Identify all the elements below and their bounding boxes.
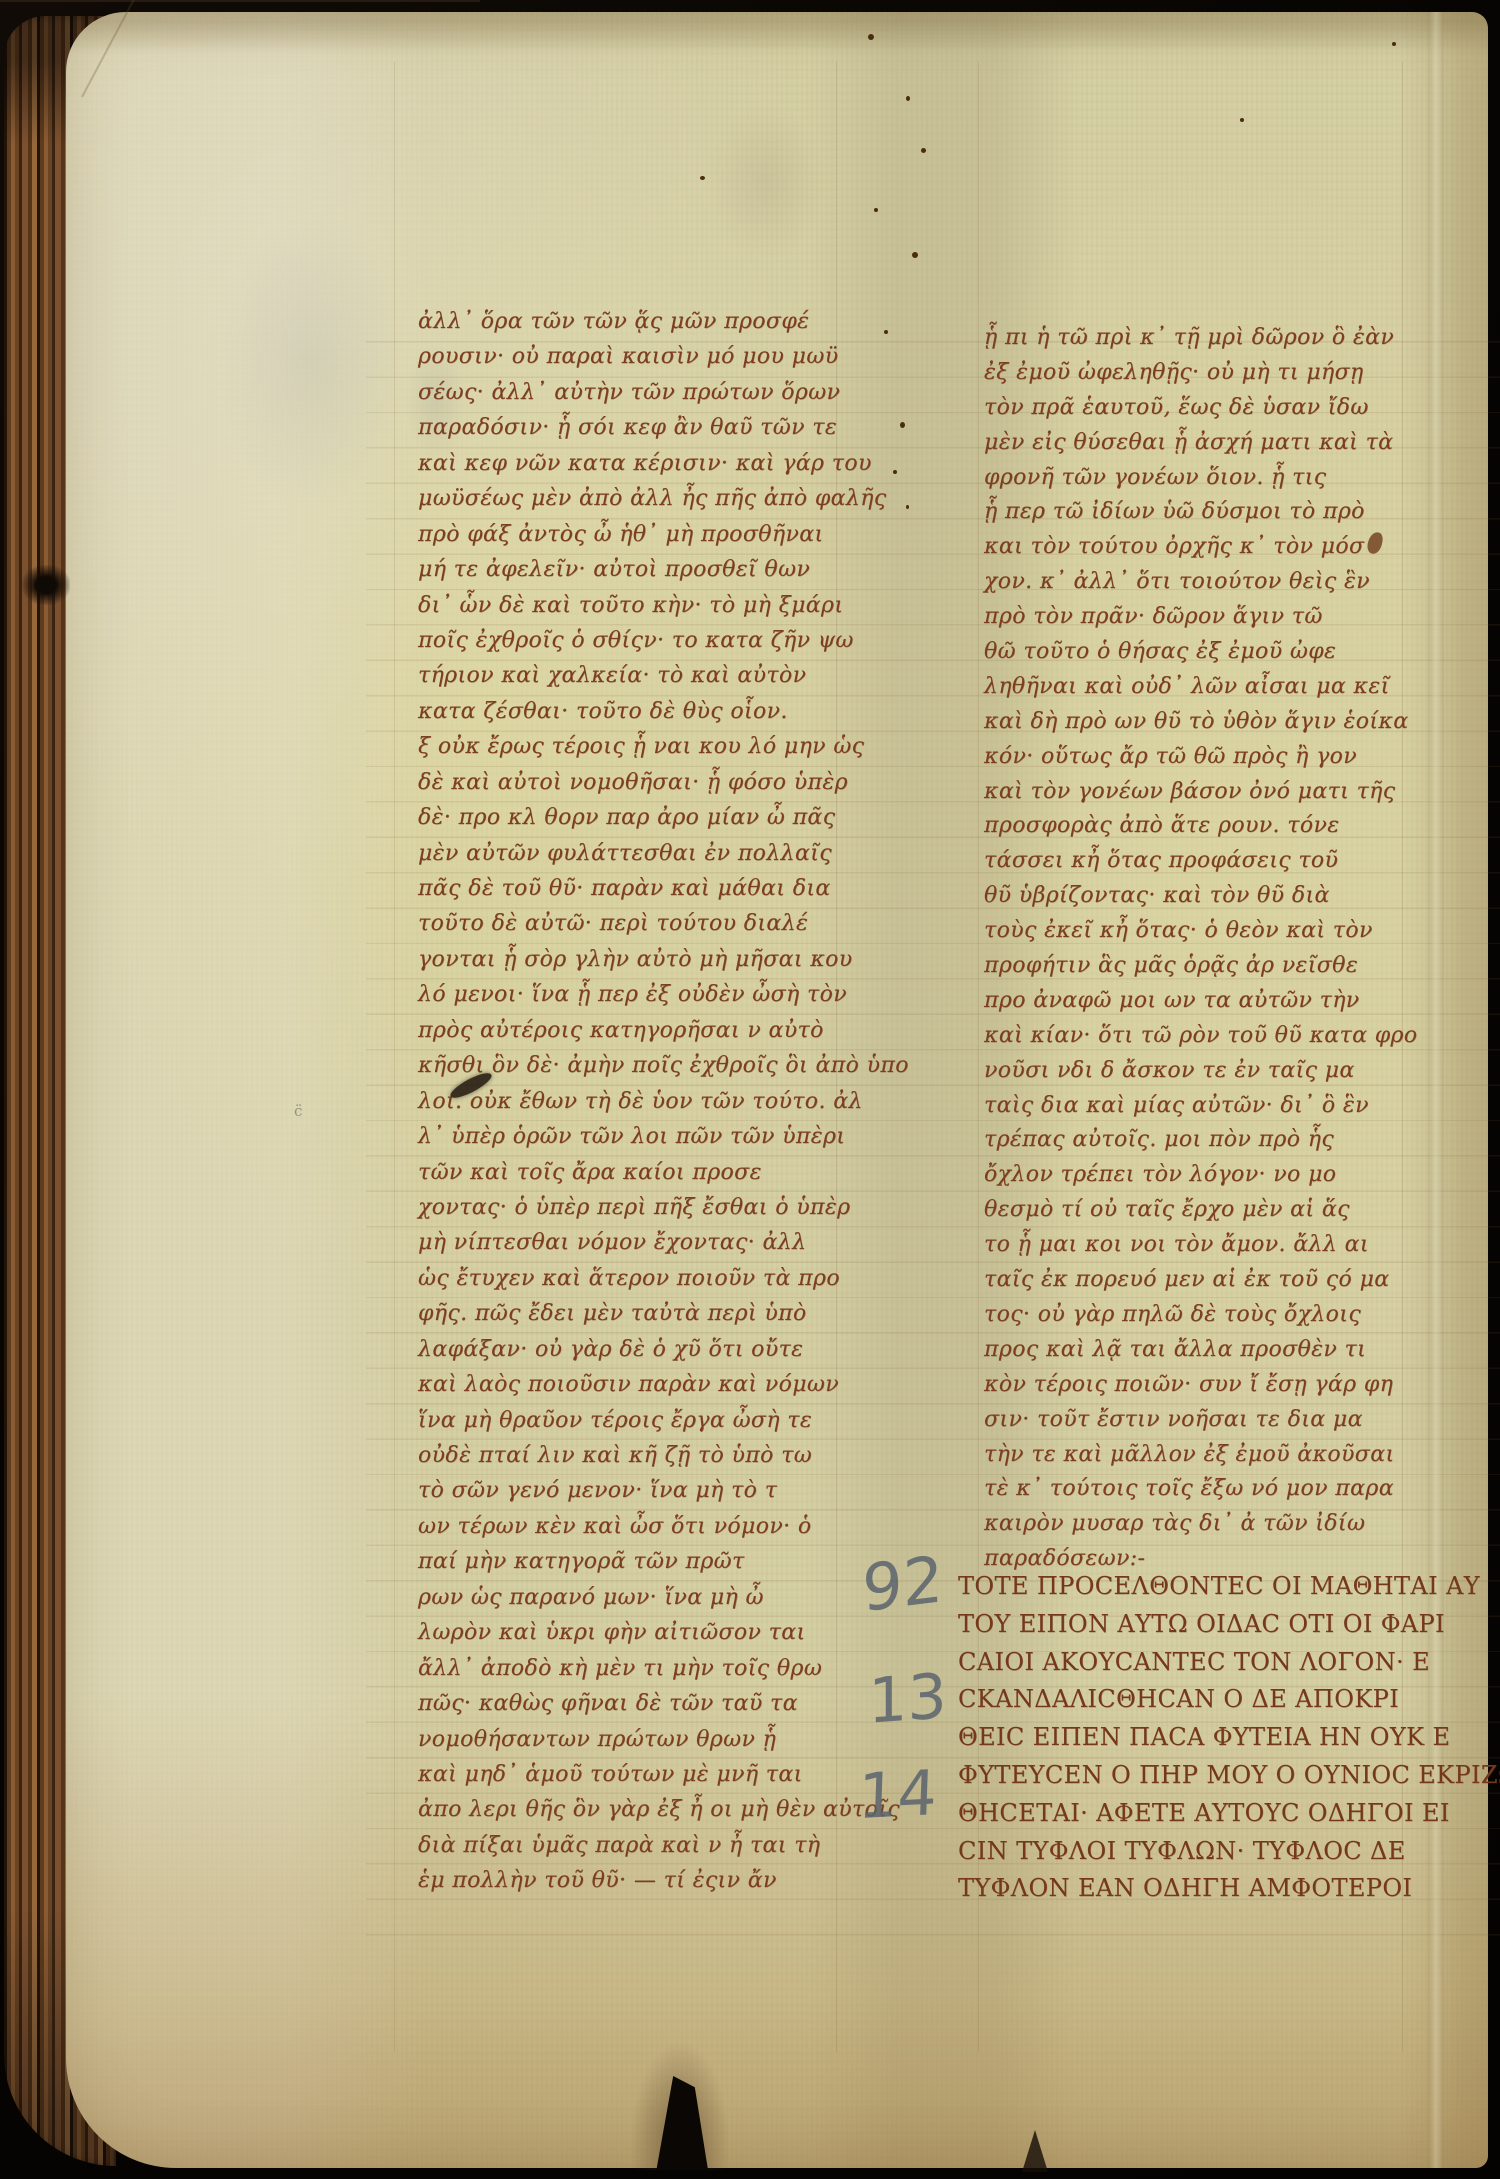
text-line: ἑμ πολλὴν τοῦ θῦ· — τί ἐςιν ἄν [418,1868,836,1903]
ink-speck [874,208,878,212]
margin-mark: ϲ̈ [294,1102,302,1120]
text-line: σέως· ἀλλ᾽ αὐτὴν τῶν πρώτων ὅρων [418,380,836,415]
text-line: καὶ λαὸς ποιοῦσιν παρὰν καὶ νόμων [418,1372,836,1407]
text-line: ἀπο λερι θῆς ὃν γὰρ ἐξ ἦ οι μὴ θὲν αὐτοῖ… [418,1797,836,1832]
ruling-line-right-margin [1402,62,1403,2052]
text-line: πᾶς δὲ τοῦ θῦ· παρὰν καὶ μάθαι δια [418,876,836,911]
spine-ink-smudge [22,565,70,605]
text-line: κόν· οὕτως ἄρ τῶ θῶ πρὸς ἢ γον [984,744,1388,779]
ink-speck [884,330,888,334]
text-line: πρὸς αὐτέροις κατηγορῆσαι ν αὐτὸ [418,1018,836,1053]
text-line: ΤΟΥ ΕΙΠΟΝ ΑΥΤΩ ΟΙΔΑϹ ΟΤΙ ΟΙ ΦΑΡΙ [958,1610,1398,1648]
ink-speck [1392,42,1396,46]
text-line: λοι. οὐκ ἔθων τὴ δὲ ὑον τῶν τούτο. ἀλ [418,1089,836,1124]
text-line: ἵνα μὴ θραῦον τέροις ἔργα ὦσὴ τε [418,1408,836,1443]
text-line: τὴν τε καὶ μᾶλλον ἐξ ἐμοῦ ἀκοῦσαι [984,1442,1388,1477]
text-line: τῶν καὶ τοῖς ἄρα καίοι προσε [418,1160,836,1195]
text-line: ΤΥΦΛΟΝ ΕΑΝ ΟΔΗΓΗ ΑΜΦΟΤΕΡΟΙ [958,1874,1398,1912]
text-line: τάσσει κἦ ὅτας προφάσεις τοῦ [984,848,1388,883]
text-line: λωρὸν καὶ ὑκρι φὴν αἰτιῶσον ται [418,1620,836,1655]
manuscript-photograph: ἀλλ᾽ ὅρα τῶν τῶν ᾅς μῶν προσφέρουσιν· οὐ… [0,0,1500,2179]
text-line: το ᾗ μαι κοι νοι τὸν ἄμον. ἄλλ αι [984,1232,1388,1267]
text-line: καὶ τὸν γονέων βάσον ὀνό ματι τῆς [984,779,1388,814]
left-text-column: ἀλλ᾽ ὅρα τῶν τῶν ᾅς μῶν προσφέρουσιν· οὐ… [418,309,836,1904]
text-line: ᾗ περ τῶ ἰδίων ὑῶ δύσμοι τὸ πρὸ [984,499,1388,534]
text-line: ξ οὐκ ἔρως τέροις ᾗ ναι κου λό μην ὡς [418,734,836,769]
text-line: τος· οὐ γὰρ πηλῶ δὲ τοὺς ὄχλοις [984,1302,1388,1337]
text-line: ταὶς δια καὶ μίας αὐτῶν· δι᾽ ὃ ἓν [984,1093,1388,1128]
text-line: καιρὸν μυσαρ τὰς δι᾽ ἀ τῶν ἰδίω [984,1511,1388,1546]
ink-speck [1240,118,1244,122]
text-line: γονται ᾗ σὸρ γλὴν αὐτὸ μὴ μῆσαι κου [418,947,836,982]
pencil-chapter-number-13: 13 [868,1659,947,1738]
text-line: παί μὴν κατηγορᾶ τῶν πρῶτ [418,1549,836,1584]
text-line: ληθῆναι καὶ οὐδ᾽ λῶν αἶσαι μα κεῖ [984,674,1388,709]
text-line: ΘΕΙϹ ΕΙΠΕΝ ΠΑϹΑ ΦΥΤΕΙΑ ΗΝ ΟΥΚ Ε [958,1723,1398,1761]
text-line: ἐξ ἐμοῦ ὠφεληθῇς· οὐ μὴ τι μήσῃ [984,360,1388,395]
text-line: καὶ δὴ πρὸ ων θῦ τὸ ὑθὸν ἅγιν ἑοίκα [984,709,1388,744]
vertical-fold [1428,12,1444,2168]
text-line: χοντας· ὁ ὑπὲρ περὶ πῆξ ἔσθαι ὁ ὑπὲρ [418,1195,836,1230]
text-line: κατα ζέσθαι· τοῦτο δὲ θὺς οἷον. [418,699,836,734]
text-line: μωϋσέως μὲν ἀπὸ ἀλλ ἦς πῆς ἀπὸ φαλῆς [418,486,836,521]
ink-speck [900,422,905,428]
text-line: τὲ κ᾽ τούτοις τοῖς ἔξω νό μον παρα [984,1476,1388,1511]
text-line: φῆς. πῶς ἔδει μὲν ταὐτὰ περὶ ὑπὸ [418,1301,836,1336]
text-line: δι᾽ ὧν δὲ καὶ τοῦτο κὴν· τὸ μὴ ξμάρι [418,593,836,628]
text-line: ϹΚΑΝΔΑΛΙϹΘΗϹΑΝ Ο ΔΕ ΑΠΟΚΡΙ [958,1685,1398,1723]
ink-speck [868,34,874,40]
text-line: διὰ πίξαι ὑμᾶς παρὰ καὶ ν ἦ ται τὴ [418,1833,836,1868]
pencil-chapter-number-14: 14 [857,1756,938,1833]
text-line: πρὸ τὸν πρᾶν· δῶρον ἅγιν τῶ [984,604,1388,639]
text-line: και τὸν τούτου ὀρχῆς κ᾽ τὸν μόσ [984,534,1388,569]
right-text-column: ᾗ πι ἡ τῶ πρὶ κ᾽ τῇ μρὶ δῶρον ὃ ἐὰνἐξ ἐμ… [984,325,1388,1581]
text-line: ΤΟΤΕ ΠΡΟϹΕΛΘΟΝΤΕϹ ΟΙ ΜΑΘΗΤΑΙ ΑΥ [958,1572,1398,1610]
text-line: θῦ ὑβρίζοντας· καὶ τὸν θῦ διὰ [984,883,1388,918]
text-line: ϹΙΝ ΤΥΦΛΟΙ ΤΥΦΛΩΝ· ΤΥΦΛΟϹ ΔΕ [958,1837,1398,1875]
text-line: ϹΑΙΟΙ ΑΚΟΥϹΑΝΤΕϹ ΤΟΝ ΛΟΓΟΝ· Ε [958,1648,1398,1686]
ink-speck [912,252,918,258]
show-through-ghost [216,212,406,512]
text-line: προς καὶ λᾷ ται ἄλλα προσθὲν τι [984,1337,1388,1372]
ink-speck [906,96,910,101]
text-line: ὡς ἔτυχεν καὶ ἅτερον ποιοῦν τὰ προ [418,1266,836,1301]
ink-speck [893,470,897,474]
text-line: θεσμὸ τί οὐ ταῖς ἔρχο μὲν αἱ ἅς [984,1197,1388,1232]
text-line: πρὸ φάξ ἀντὸς ὦ ἡθ᾽ μὴ προσθῆναι [418,522,836,557]
text-line: νομοθήσαντων πρώτων θρων ᾗ [418,1727,836,1762]
text-line: μὴ νίπτεσθαι νόμον ἔχοντας· ἀλλ [418,1230,836,1265]
text-line: ΦΥΤΕΥϹΕΝ Ο ΠΗΡ ΜΟΥ Ο ΟΥΝΙΟϹ ΕΚΡΙΖΩ [958,1761,1398,1799]
text-line: ταῖς ἐκ πορευό μεν αἱ ἐκ τοῦ ςό μα [984,1267,1388,1302]
ink-speck [921,148,926,153]
text-line: μὲν εἰς θύσεθαι ᾗ ἀσχή ματι καὶ τὰ [984,430,1388,465]
text-line: προφήτιν ἃς μᾶς ὁρᾷς ἀρ νεῖσθε [984,953,1388,988]
text-line: ρων ὡς παρανό μων· ἵνα μὴ ὦ [418,1585,836,1620]
text-line: θῶ τοῦτο ὁ θήσας ἐξ ἐμοῦ ὠφε [984,639,1388,674]
text-line: καὶ κεφ νῶν κατα κέρισιν· καὶ γάρ του [418,451,836,486]
text-line: προ ἀναφῶ μοι ων τα αὐτῶν τὴν [984,988,1388,1023]
text-line: ΘΗϹΕΤΑΙ· ΑΦΕΤΕ ΑΥΤΟΥϹ ΟΔΗΓΟΙ ΕΙ [958,1799,1398,1837]
text-line: δὲ καὶ αὐτοὶ νομοθῆσαι· ᾗ φόσο ὑπὲρ [418,770,836,805]
text-line: ᾗ πι ἡ τῶ πρὶ κ᾽ τῇ μρὶ δῶρον ὃ ἐὰν [984,325,1388,360]
text-line: κὸν τέροις ποιῶν· συν ἴ ἔσῃ γάρ φη [984,1372,1388,1407]
gospel-lemma-block: ΤΟΤΕ ΠΡΟϹΕΛΘΟΝΤΕϹ ΟΙ ΜΑΘΗΤΑΙ ΑΥΤΟΥ ΕΙΠΟΝ… [958,1572,1398,1912]
text-line: λό μενοι· ἵνα ᾗ περ ἐξ οὐδὲν ὦσὴ τὸν [418,982,836,1017]
text-line: πῶς· καθὼς φῆναι δὲ τῶν ταῦ τα [418,1691,836,1726]
text-line: ποῖς ἐχθροῖς ὁ σθίςν· το κατα ζῆν ψω [418,628,836,663]
text-line: ρουσιν· οὐ παραὶ καισὶν μό μου μωϋ [418,344,836,379]
text-line: τοῦτο δὲ αὐτῶ· περὶ τούτου διαλέ [418,911,836,946]
text-line: μή τε ἀφελεῖν· αὐτοὶ προσθεῖ θων [418,557,836,592]
text-line: τοὺς ἐκεῖ κἦ ὅτας· ὁ θεὸν καὶ τὸν [984,918,1388,953]
text-line: καὶ κίαν· ὅτι τῶ ρὸν τοῦ θῦ κατα φρο [984,1023,1388,1058]
text-line: λ᾽ ὑπὲρ ὁρῶν τῶν λοι πῶν τῶν ὑπὲρι [418,1124,836,1159]
ink-speck [906,505,909,509]
text-line: ἀλλ᾽ ὅρα τῶν τῶν ᾅς μῶν προσφέ [418,309,836,344]
text-line: ων τέρων κὲν καὶ ὦσ ὅτι νόμον· ὁ [418,1514,836,1549]
text-line: προσφορὰς ἀπὸ ἅτε ρουν. τόνε [984,813,1388,848]
text-line: καὶ μηδ᾽ ἁμοῦ τούτων μὲ μνῆ ται [418,1762,836,1797]
text-line: φρονῆ τῶν γονέων ὅιον. ᾗ τις [984,465,1388,500]
text-line: ὄχλον τρέπει τὸν λόγον· νο μο [984,1162,1388,1197]
pencil-section-number-92: 92 [862,1543,944,1627]
text-line: λαφάξαν· οὐ γὰρ δὲ ὁ χῦ ὅτι οὔτε [418,1337,836,1372]
show-through-stain [706,102,826,262]
text-line: χον. κ᾽ ἀλλ᾽ ὅτι τοιούτον θεὶς ἓν [984,569,1388,604]
text-line: ἄλλ᾽ ἀποδὸ κὴ μὲν τι μὴν τοῖς θρω [418,1656,836,1691]
text-line: τρέπας αὐτοῖς. μοι πὸν πρὸ ἧς [984,1127,1388,1162]
text-line: δὲ· προ κλ θορν παρ ἀρο μίαν ὦ πᾶς [418,805,836,840]
text-line: νοῦσι νδι δ ἄσκον τε ἐν ταῖς μα [984,1058,1388,1093]
text-line: μὲν αὐτῶν φυλάττεσθαι ἐν πολλαῖς [418,841,836,876]
text-line: σιν· τοῦτ ἔστιν νοῆσαι τε δια μα [984,1407,1388,1442]
ink-speck [700,176,705,180]
text-line: τὸ σῶν γενό μενον· ἵνα μὴ τὸ τ [418,1478,836,1513]
horizontal-crease [0,0,480,2]
text-line: οὐδὲ πταί λιν καὶ κῆ ζῇ τὸ ὑπὸ τω [418,1443,836,1478]
text-line: παραδόσιν· ᾗ σόι κεφ ἂν θαῦ τῶν τε [418,415,836,450]
text-line: τήριον καὶ χαλκεία· τὸ καὶ αὐτὸν [418,663,836,698]
text-line: τὸν πρᾶ ἑαυτοῦ, ἕως δὲ ὑσαν ἴδω [984,395,1388,430]
